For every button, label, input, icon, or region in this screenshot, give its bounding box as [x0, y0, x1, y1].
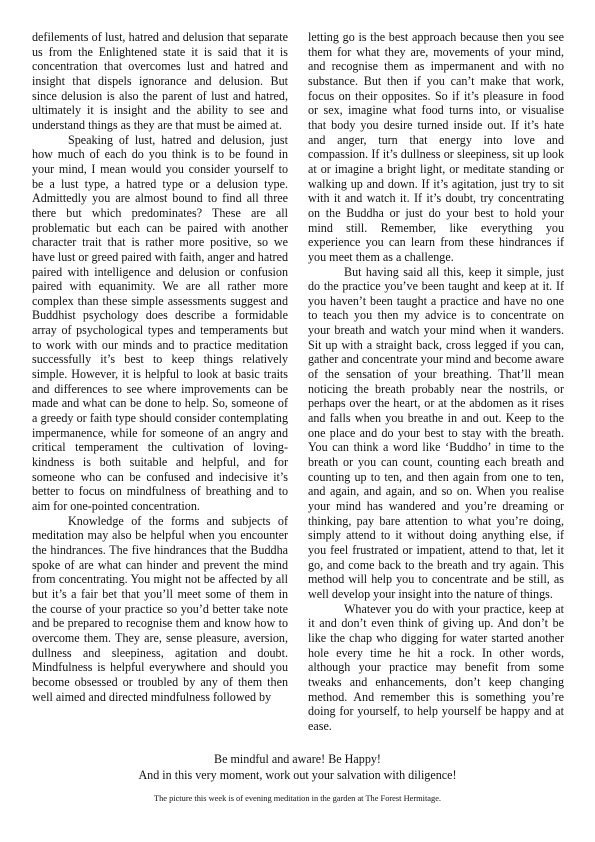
picture-caption: The picture this week is of evening medi… — [0, 793, 595, 804]
paragraph: letting go is the best approach because … — [308, 30, 564, 265]
paragraph: Speaking of lust, hatred and delusion, j… — [32, 133, 288, 514]
right-column: letting go is the best approach because … — [308, 30, 564, 734]
paragraph: Knowledge of the forms and subjects of m… — [32, 514, 288, 705]
left-column: defilements of lust, hatred and delusion… — [32, 30, 288, 734]
motto-line-2: And in this very moment, work out your s… — [0, 768, 595, 784]
paragraph: defilements of lust, hatred and delusion… — [32, 30, 288, 133]
motto-line-1: Be mindful and aware! Be Happy! — [0, 752, 595, 768]
page-footer: Be mindful and aware! Be Happy! And in t… — [0, 752, 595, 804]
paragraph: Whatever you do with your practice, keep… — [308, 602, 564, 734]
two-column-body: defilements of lust, hatred and delusion… — [32, 30, 564, 734]
paragraph: But having said all this, keep it simple… — [308, 265, 564, 602]
